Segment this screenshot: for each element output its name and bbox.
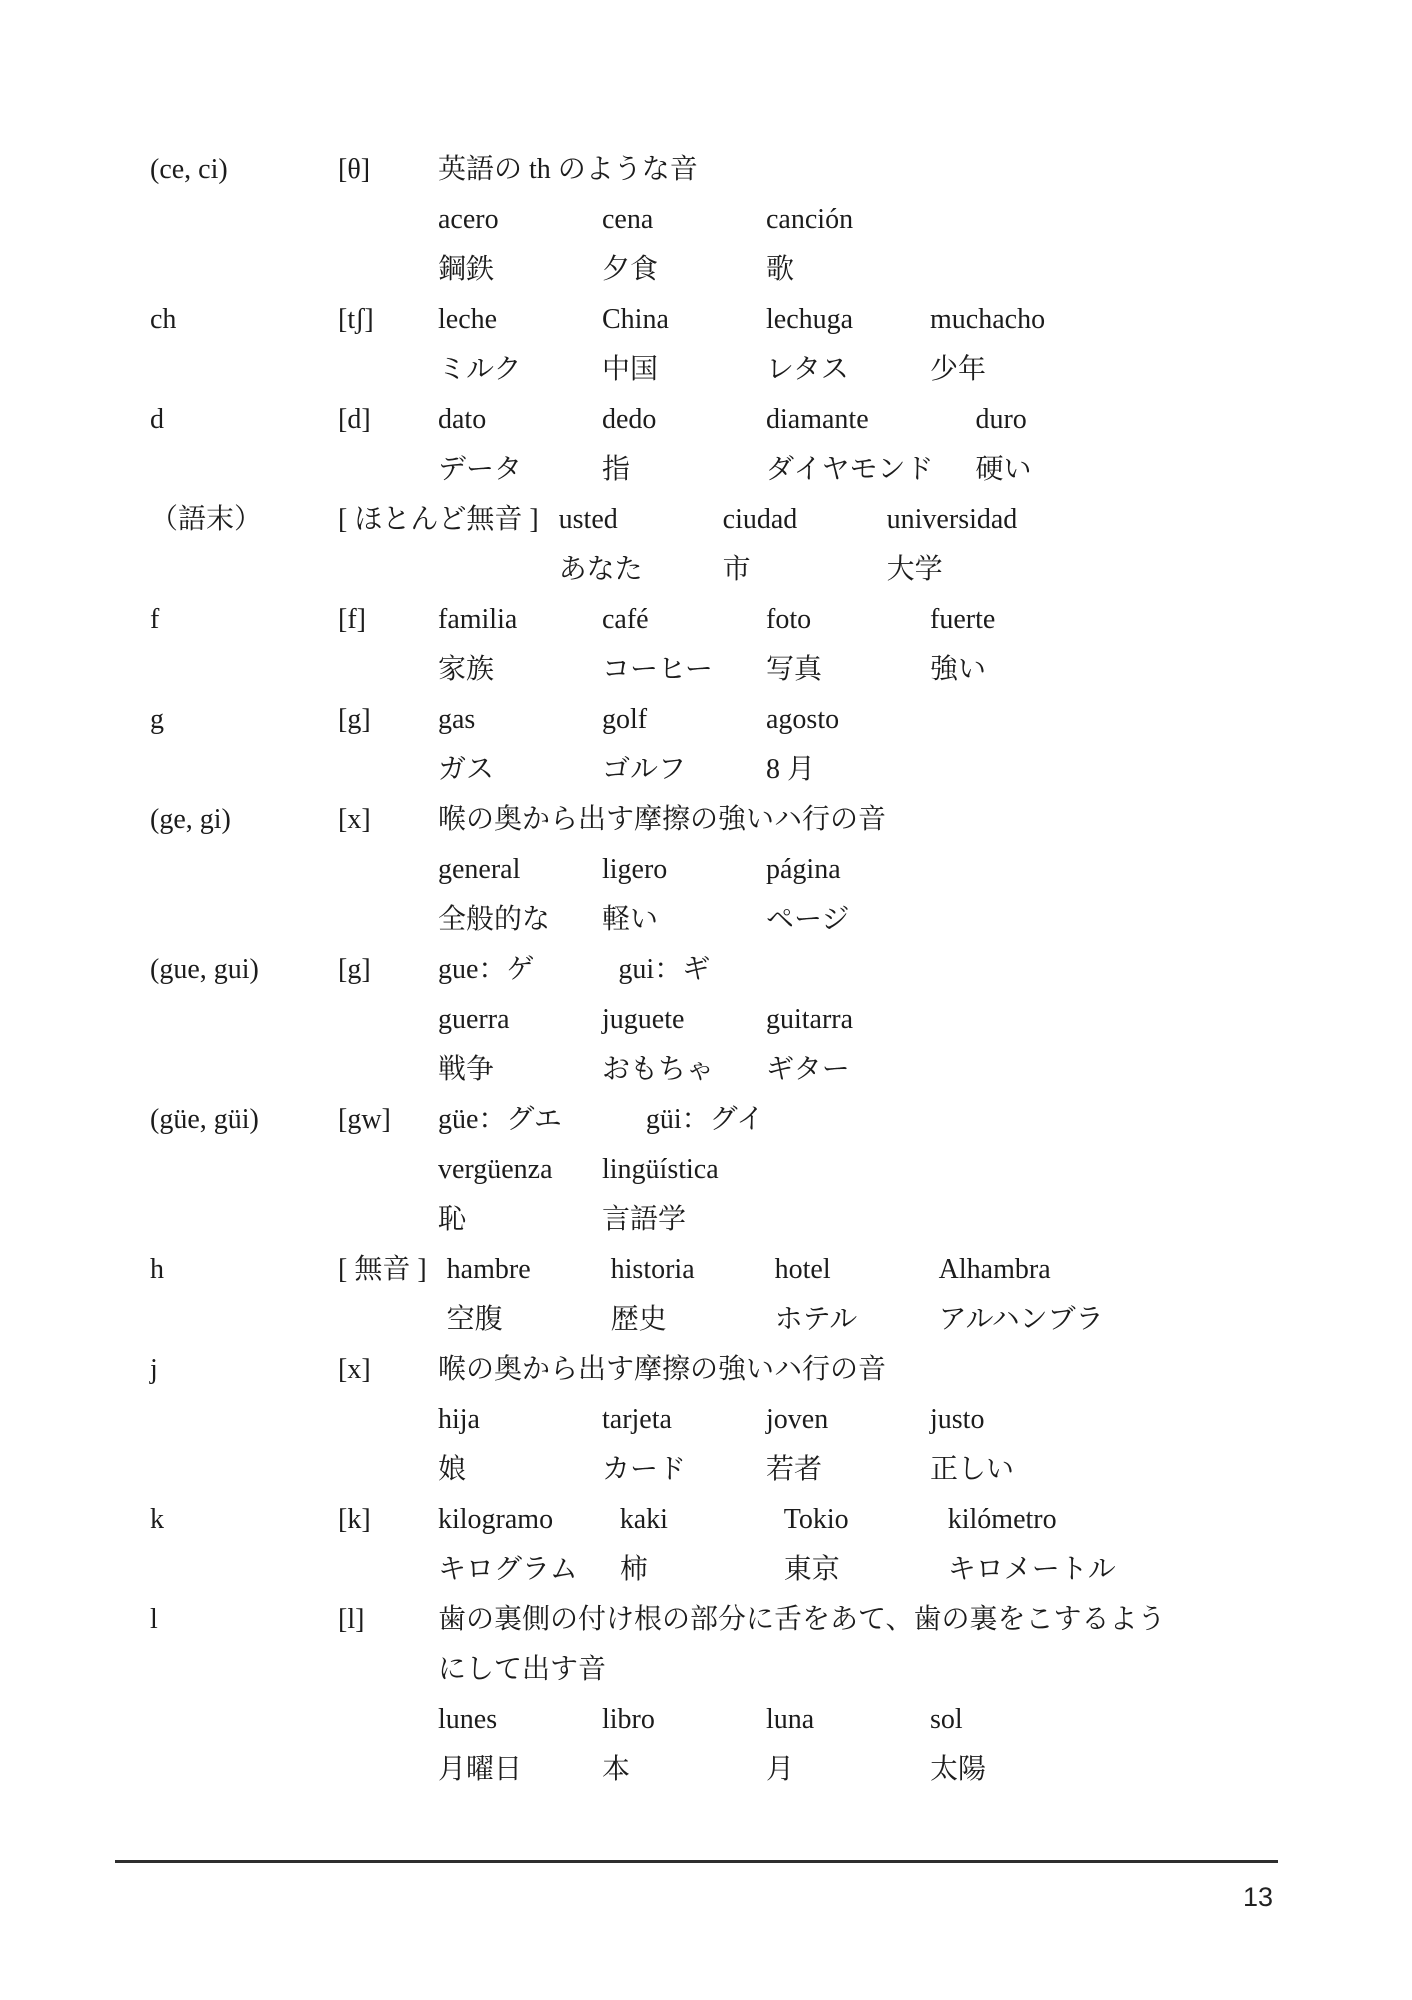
- pronunciation-entry: (güe, güi) [gw] güe：グエ güi：グイvergüenza恥l…: [150, 1095, 1330, 1245]
- entry-body: gasガスgolfゴルフagosto8 月: [438, 695, 1330, 795]
- spanish-word: tarjeta: [602, 1395, 724, 1445]
- word-pair: tarjetaカード: [602, 1395, 724, 1495]
- phonetic-symbol: [f]: [338, 595, 438, 645]
- japanese-translation: 少年: [930, 345, 1052, 395]
- spanish-word: dedo: [602, 395, 724, 445]
- document-page: (ce, ci) [θ] 英語の th のような音acero鋼鉄cena夕食ca…: [0, 0, 1412, 2000]
- japanese-translation: ゴルフ: [602, 745, 724, 795]
- entry-body: ustedあなたciudad市universidad大学: [559, 495, 1330, 595]
- japanese-translation: 太陽: [930, 1745, 1052, 1795]
- japanese-translation: 軽い: [602, 895, 724, 945]
- entry-body: lecheミルクChina中国lechugaレタスmuchacho少年: [438, 295, 1330, 395]
- pronunciation-entry: d [d] datoデータdedo指diamanteダイヤモンドduro硬い: [150, 395, 1330, 495]
- phonetic-symbol: [x]: [338, 795, 438, 845]
- japanese-translation: ギター: [766, 1045, 888, 1095]
- phonetic-symbol: [l]: [338, 1595, 438, 1645]
- entry-body: gue：ゲ gui：ギguerra戦争jugueteおもちゃguitarraギタ…: [438, 945, 1330, 1095]
- spanish-word: acero: [438, 195, 560, 245]
- japanese-translation: あなた: [559, 545, 681, 595]
- word-pair: vergüenza恥: [438, 1145, 560, 1245]
- word-pairs: familia家族caféコーヒーfoto写真fuerte強い: [438, 595, 1330, 695]
- japanese-translation: 正しい: [930, 1445, 1052, 1495]
- pronunciation-entry: g [g] gasガスgolfゴルフagosto8 月: [150, 695, 1330, 795]
- pronunciation-entry: f [f] familia家族caféコーヒーfoto写真fuerte強い: [150, 595, 1330, 695]
- word-pair: guerra戦争: [438, 995, 560, 1095]
- spanish-word: hambre: [447, 1245, 569, 1295]
- word-pair: kilómetroキロメートル: [948, 1495, 1116, 1595]
- description-line: にして出す音: [438, 1645, 1330, 1695]
- spanish-word: usted: [559, 495, 681, 545]
- description-line: gue：ゲ gui：ギ: [438, 945, 1330, 995]
- japanese-translation: キログラム: [438, 1545, 578, 1595]
- word-pair: joven若者: [766, 1395, 888, 1495]
- entry-body: kilogramoキログラムkaki柿Tokio東京kilómetroキロメート…: [438, 1495, 1330, 1595]
- word-pair: luna月: [766, 1695, 888, 1795]
- japanese-translation: ミルク: [438, 345, 560, 395]
- word-pair: golfゴルフ: [602, 695, 724, 795]
- word-pair: diamanteダイヤモンド: [766, 395, 933, 495]
- entry-body: datoデータdedo指diamanteダイヤモンドduro硬い: [438, 395, 1330, 495]
- japanese-translation: 月曜日: [438, 1745, 560, 1795]
- entry-body: hambre空腹historia歴史hotelホテルAlhambraアルハンブラ: [447, 1245, 1330, 1345]
- spanish-word: cena: [602, 195, 724, 245]
- word-pair: kilogramoキログラム: [438, 1495, 578, 1595]
- letter-label: f: [150, 595, 338, 645]
- entry-body: 英語の th のような音acero鋼鉄cena夕食canción歌: [438, 145, 1330, 295]
- spanish-word: leche: [438, 295, 560, 345]
- spanish-word: Tokio: [784, 1495, 906, 1545]
- word-pair: duro硬い: [975, 395, 1097, 495]
- spanish-word: kilómetro: [948, 1495, 1116, 1545]
- word-pair: caféコーヒー: [602, 595, 724, 695]
- word-pair: datoデータ: [438, 395, 560, 495]
- spanish-word: dato: [438, 395, 560, 445]
- description-line: 英語の th のような音: [438, 145, 1330, 195]
- word-pairs: gasガスgolfゴルフagosto8 月: [438, 695, 1330, 795]
- spanish-word: lingüística: [602, 1145, 724, 1195]
- japanese-translation: 戦争: [438, 1045, 560, 1095]
- spanish-word: hotel: [775, 1245, 897, 1295]
- word-pair: foto写真: [766, 595, 888, 695]
- word-pair: jugueteおもちゃ: [602, 995, 724, 1095]
- spanish-word: vergüenza: [438, 1145, 560, 1195]
- phonetic-symbol: [ ほとんど無音 ]: [338, 495, 559, 545]
- spanish-word: gas: [438, 695, 560, 745]
- letter-label: k: [150, 1495, 338, 1545]
- word-pair: páginaページ: [766, 845, 888, 945]
- word-pairs: general全般的なligero軽いpáginaページ: [438, 845, 1330, 945]
- phonetic-symbol: [g]: [338, 695, 438, 745]
- japanese-translation: 月: [766, 1745, 888, 1795]
- word-pair: justo正しい: [930, 1395, 1052, 1495]
- word-pair: canción歌: [766, 195, 888, 295]
- phonetic-symbol: [θ]: [338, 145, 438, 195]
- japanese-translation: 中国: [602, 345, 724, 395]
- word-pair: gasガス: [438, 695, 560, 795]
- entry-body: 喉の奥から出す摩擦の強いハ行の音general全般的なligero軽いpágin…: [438, 795, 1330, 945]
- japanese-translation: 強い: [930, 645, 1052, 695]
- japanese-translation: コーヒー: [602, 645, 724, 695]
- japanese-translation: 娘: [438, 1445, 560, 1495]
- spanish-word: página: [766, 845, 888, 895]
- phonetic-symbol: [k]: [338, 1495, 438, 1545]
- japanese-translation: 若者: [766, 1445, 888, 1495]
- spanish-word: ligero: [602, 845, 724, 895]
- word-pairs: hija娘tarjetaカードjoven若者justo正しい: [438, 1395, 1330, 1495]
- pronunciation-entry: (ge, gi) [x] 喉の奥から出す摩擦の強いハ行の音general全般的な…: [150, 795, 1330, 945]
- word-pair: sol太陽: [930, 1695, 1052, 1795]
- word-pair: acero鋼鉄: [438, 195, 560, 295]
- word-pairs: hambre空腹historia歴史hotelホテルAlhambraアルハンブラ: [447, 1245, 1330, 1345]
- word-pair: Tokio東京: [784, 1495, 906, 1595]
- pronunciation-entry: (ce, ci) [θ] 英語の th のような音acero鋼鉄cena夕食ca…: [150, 145, 1330, 295]
- phonetic-symbol: [g]: [338, 945, 438, 995]
- word-pair: hija娘: [438, 1395, 560, 1495]
- japanese-translation: 指: [602, 445, 724, 495]
- pronunciation-entry: （語末） [ ほとんど無音 ] ustedあなたciudad市universid…: [150, 495, 1330, 595]
- word-pair: fuerte強い: [930, 595, 1052, 695]
- word-pairs: guerra戦争jugueteおもちゃguitarraギター: [438, 995, 1330, 1095]
- japanese-translation: 全般的な: [438, 895, 560, 945]
- pronunciation-entry: (gue, gui) [g] gue：ゲ gui：ギguerra戦争juguet…: [150, 945, 1330, 1095]
- spanish-word: golf: [602, 695, 724, 745]
- japanese-translation: ガス: [438, 745, 560, 795]
- letter-label: h: [150, 1245, 338, 1295]
- word-pair: ligero軽い: [602, 845, 724, 945]
- pronunciation-entry: j [x] 喉の奥から出す摩擦の強いハ行の音hija娘tarjetaカードjov…: [150, 1345, 1330, 1495]
- japanese-translation: データ: [438, 445, 560, 495]
- pronunciation-entry: l [l] 歯の裏側の付け根の部分に舌をあて、歯の裏をこするようにして出す音lu…: [150, 1595, 1330, 1795]
- japanese-translation: カード: [602, 1445, 724, 1495]
- word-pair: general全般的な: [438, 845, 560, 945]
- letter-label: (ge, gi): [150, 795, 338, 845]
- entry-body: familia家族caféコーヒーfoto写真fuerte強い: [438, 595, 1330, 695]
- entry-body: 歯の裏側の付け根の部分に舌をあて、歯の裏をこするようにして出す音lunes月曜日…: [438, 1595, 1330, 1795]
- word-pair: China中国: [602, 295, 724, 395]
- phonetic-symbol: [tʃ]: [338, 295, 438, 345]
- word-pair: lingüística言語学: [602, 1145, 724, 1245]
- pronunciation-table: (ce, ci) [θ] 英語の th のような音acero鋼鉄cena夕食ca…: [150, 145, 1330, 1795]
- japanese-translation: 歌: [766, 245, 888, 295]
- spanish-word: libro: [602, 1695, 724, 1745]
- word-pair: libro本: [602, 1695, 724, 1795]
- word-pairs: ustedあなたciudad市universidad大学: [559, 495, 1330, 595]
- spanish-word: joven: [766, 1395, 888, 1445]
- spanish-word: kilogramo: [438, 1495, 578, 1545]
- phonetic-symbol: [gw]: [338, 1095, 438, 1145]
- japanese-translation: アルハンブラ: [939, 1295, 1104, 1345]
- spanish-word: lunes: [438, 1695, 560, 1745]
- spanish-word: lechuga: [766, 295, 888, 345]
- word-pair: dedo指: [602, 395, 724, 495]
- description-line: 歯の裏側の付け根の部分に舌をあて、歯の裏をこするよう: [438, 1595, 1330, 1645]
- spanish-word: canción: [766, 195, 888, 245]
- letter-label: j: [150, 1345, 338, 1395]
- word-pair: guitarraギター: [766, 995, 888, 1095]
- japanese-translation: 大学: [887, 545, 1018, 595]
- word-pairs: datoデータdedo指diamanteダイヤモンドduro硬い: [438, 395, 1330, 495]
- spanish-word: guerra: [438, 995, 560, 1045]
- spanish-word: ciudad: [723, 495, 845, 545]
- letter-label: g: [150, 695, 338, 745]
- spanish-word: muchacho: [930, 295, 1052, 345]
- word-pair: agosto8 月: [766, 695, 888, 795]
- entry-body: 喉の奥から出す摩擦の強いハ行の音hija娘tarjetaカードjoven若者ju…: [438, 1345, 1330, 1495]
- spanish-word: agosto: [766, 695, 888, 745]
- spanish-word: China: [602, 295, 724, 345]
- letter-label: (gue, gui): [150, 945, 338, 995]
- japanese-translation: 恥: [438, 1195, 560, 1245]
- japanese-translation: 空腹: [447, 1295, 569, 1345]
- pronunciation-entry: k [k] kilogramoキログラムkaki柿Tokio東京kilómetr…: [150, 1495, 1330, 1595]
- pronunciation-entry: h [ 無音 ] hambre空腹historia歴史hotelホテルAlham…: [150, 1245, 1330, 1345]
- description-line: 喉の奥から出す摩擦の強いハ行の音: [438, 1345, 1330, 1395]
- word-pair: ciudad市: [723, 495, 845, 595]
- word-pair: lunes月曜日: [438, 1695, 560, 1795]
- footer-rule: [115, 1860, 1278, 1863]
- phonetic-symbol: [ 無音 ]: [338, 1245, 447, 1295]
- word-pairs: vergüenza恥lingüística言語学: [438, 1145, 1330, 1245]
- word-pair: hotelホテル: [775, 1245, 897, 1345]
- japanese-translation: 8 月: [766, 745, 888, 795]
- word-pair: Alhambraアルハンブラ: [939, 1245, 1104, 1345]
- japanese-translation: ホテル: [775, 1295, 897, 1345]
- spanish-word: juguete: [602, 995, 724, 1045]
- spanish-word: universidad: [887, 495, 1018, 545]
- spanish-word: familia: [438, 595, 560, 645]
- japanese-translation: キロメートル: [948, 1545, 1116, 1595]
- word-pair: kaki柿: [620, 1495, 742, 1595]
- word-pairs: acero鋼鉄cena夕食canción歌: [438, 195, 1330, 295]
- word-pair: lechugaレタス: [766, 295, 888, 395]
- japanese-translation: レタス: [766, 345, 888, 395]
- page-number: 13: [1195, 1882, 1273, 1912]
- word-pair: historia歴史: [611, 1245, 733, 1345]
- letter-label: (ce, ci): [150, 145, 338, 195]
- letter-label: （語末）: [150, 495, 338, 545]
- word-pair: ustedあなた: [559, 495, 681, 595]
- word-pair: hambre空腹: [447, 1245, 569, 1345]
- phonetic-symbol: [x]: [338, 1345, 438, 1395]
- word-pair: lecheミルク: [438, 295, 560, 395]
- spanish-word: justo: [930, 1395, 1052, 1445]
- word-pair: familia家族: [438, 595, 560, 695]
- spanish-word: general: [438, 845, 560, 895]
- letter-label: (güe, güi): [150, 1095, 338, 1145]
- word-pairs: kilogramoキログラムkaki柿Tokio東京kilómetroキロメート…: [438, 1495, 1330, 1595]
- spanish-word: kaki: [620, 1495, 742, 1545]
- letter-label: l: [150, 1595, 338, 1645]
- description-line: 喉の奥から出す摩擦の強いハ行の音: [438, 795, 1330, 845]
- japanese-translation: ページ: [766, 895, 888, 945]
- spanish-word: diamante: [766, 395, 933, 445]
- letter-label: d: [150, 395, 338, 445]
- japanese-translation: 写真: [766, 645, 888, 695]
- spanish-word: sol: [930, 1695, 1052, 1745]
- spanish-word: fuerte: [930, 595, 1052, 645]
- japanese-translation: 柿: [620, 1545, 742, 1595]
- word-pair: universidad大学: [887, 495, 1018, 595]
- spanish-word: luna: [766, 1695, 888, 1745]
- spanish-word: duro: [975, 395, 1097, 445]
- spanish-word: hija: [438, 1395, 560, 1445]
- letter-label: ch: [150, 295, 338, 345]
- spanish-word: guitarra: [766, 995, 888, 1045]
- japanese-translation: 硬い: [975, 445, 1097, 495]
- japanese-translation: ダイヤモンド: [766, 445, 933, 495]
- entry-body: güe：グエ güi：グイvergüenza恥lingüística言語学: [438, 1095, 1330, 1245]
- word-pair: cena夕食: [602, 195, 724, 295]
- japanese-translation: 本: [602, 1745, 724, 1795]
- spanish-word: Alhambra: [939, 1245, 1104, 1295]
- japanese-translation: おもちゃ: [602, 1045, 724, 1095]
- pronunciation-entry: ch [tʃ] lecheミルクChina中国lechugaレタスmuchach…: [150, 295, 1330, 395]
- japanese-translation: 家族: [438, 645, 560, 695]
- japanese-translation: 東京: [784, 1545, 906, 1595]
- word-pair: muchacho少年: [930, 295, 1052, 395]
- japanese-translation: 言語学: [602, 1195, 724, 1245]
- spanish-word: café: [602, 595, 724, 645]
- word-pairs: lunes月曜日libro本luna月sol太陽: [438, 1695, 1330, 1795]
- japanese-translation: 鋼鉄: [438, 245, 560, 295]
- phonetic-symbol: [d]: [338, 395, 438, 445]
- description-line: güe：グエ güi：グイ: [438, 1095, 1330, 1145]
- word-pairs: lecheミルクChina中国lechugaレタスmuchacho少年: [438, 295, 1330, 395]
- spanish-word: foto: [766, 595, 888, 645]
- japanese-translation: 夕食: [602, 245, 724, 295]
- japanese-translation: 歴史: [611, 1295, 733, 1345]
- japanese-translation: 市: [723, 545, 845, 595]
- spanish-word: historia: [611, 1245, 733, 1295]
